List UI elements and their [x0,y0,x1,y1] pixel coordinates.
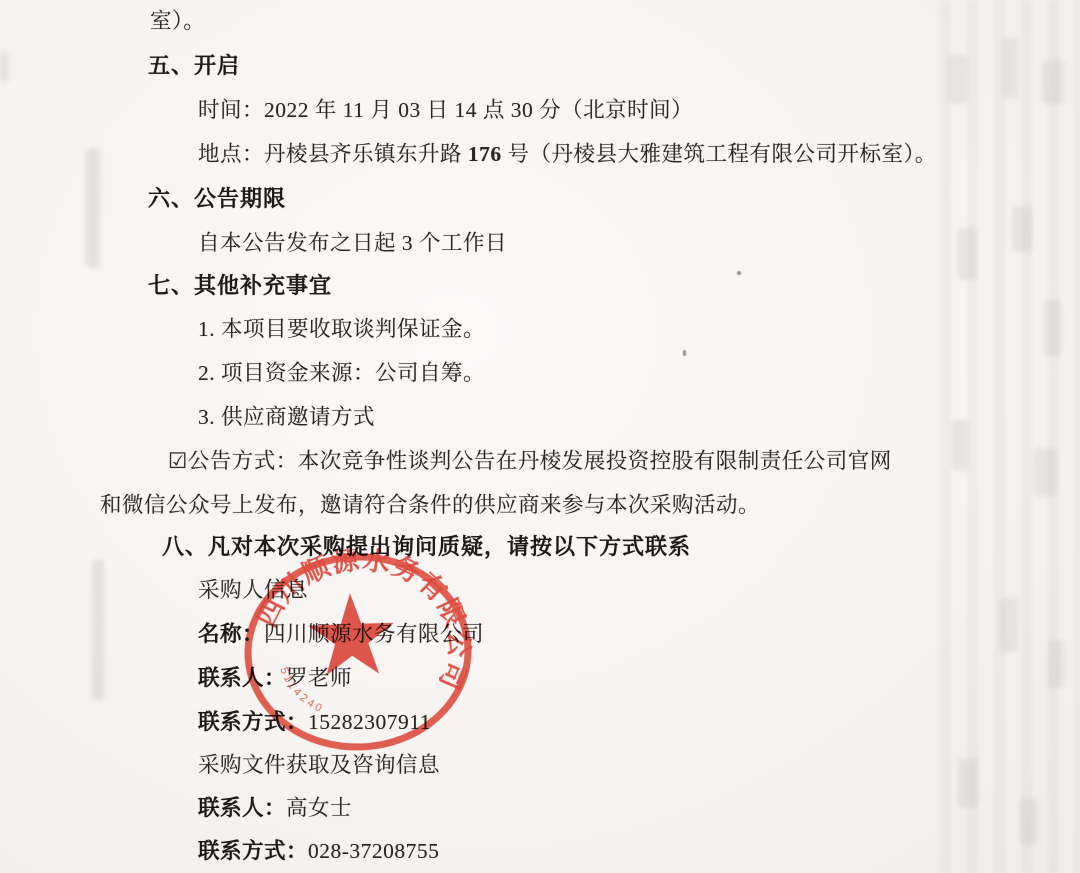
purchaser-name-line: 名称：四川顺源水务有限公司 [198,621,484,647]
doc-contact-line: 联系人：高女士 [198,795,352,821]
contact-phone-label: 联系方式： [198,710,308,734]
contact-phone-value: 15282307911 [308,710,431,734]
announce-method-line-1: ☑公告方式：本次竞争性谈判公告在丹棱发展投资控股有限制责任公司官网 [168,448,892,474]
scan-artifact [1042,60,1064,104]
scanned-document-page: { "colors": { "paper": "#f5f2f0", "ink":… [0,0,1080,873]
name-label: 名称： [198,622,264,646]
checkbox-checked-icon: ☑ [168,449,188,473]
scan-artifact [958,758,978,808]
scan-artifact [948,55,968,103]
scan-artifact [1002,38,1018,98]
doc-info-title: 采购文件获取及咨询信息 [198,752,440,778]
opening-time-line: 时间：2022 年 11 月 03 日 14 点 30 分（北京时间） [198,97,693,123]
scan-artifact [1012,206,1032,252]
scan-artifact [1034,448,1056,496]
place-text: 地点：丹棱县齐乐镇东升路 [198,142,468,166]
scan-artifact [958,228,976,280]
supplement-item-2: 2. 项目资金来源：公司自筹。 [198,360,485,386]
name-value: 四川顺源水务有限公司 [264,622,484,646]
continuation-line: 室）。 [150,8,205,34]
scan-speck [683,350,686,356]
section-8-heading: 八、凡对本次采购提出询问质疑，请按以下方式联系 [162,534,691,560]
section-5-heading: 五、开启 [148,53,240,79]
scan-smudge [86,148,100,268]
scan-artifact [1020,798,1038,844]
section-6-heading: 六、公告期限 [148,186,286,212]
purchaser-info-title: 采购人信息 [198,577,308,603]
doc-contact-phone-value: 028-37208755 [308,839,439,863]
place-text-tail: 号（丹棱县大雅建筑工程有限公司开标室）。 [502,142,937,166]
scan-artifact [1000,598,1018,652]
contact-person-value: 罗老师 [286,666,352,690]
doc-contact-person-label: 联系人： [198,796,286,820]
paper-background [0,0,1080,873]
supplement-item-3: 3. 供应商邀请方式 [198,404,375,430]
scan-speck [737,271,741,275]
scan-artifact [952,420,968,470]
scan-artifact [1048,640,1064,688]
notice-period-line: 自本公告发布之日起 3 个工作日 [198,230,507,256]
scan-smudge [0,52,8,82]
purchaser-phone-line: 联系方式：15282307911 [198,709,431,735]
supplement-item-1: 1. 本项目要收取谈判保证金。 [198,316,485,342]
doc-phone-line: 联系方式：028-37208755 [198,838,439,864]
section-7-heading: 七、其他补充事宜 [148,273,332,299]
announce-method-line-2: 和微信公众号上发布，邀请符合条件的供应商来参与本次采购活动。 [100,492,760,518]
announce-method-text: 公告方式：本次竞争性谈判公告在丹棱发展投资控股有限制责任公司官网 [188,449,892,473]
contact-person-label: 联系人： [198,666,286,690]
doc-contact-phone-label: 联系方式： [198,839,308,863]
place-street-number: 176 [468,142,502,166]
purchaser-contact-line: 联系人：罗老师 [198,665,352,691]
scan-artifact [1044,300,1062,356]
scan-smudge [92,560,104,700]
opening-place-line: 地点：丹棱县齐乐镇东升路 176 号（丹棱县大雅建筑工程有限公司开标室）。 [198,141,937,167]
doc-contact-person-value: 高女士 [286,796,352,820]
